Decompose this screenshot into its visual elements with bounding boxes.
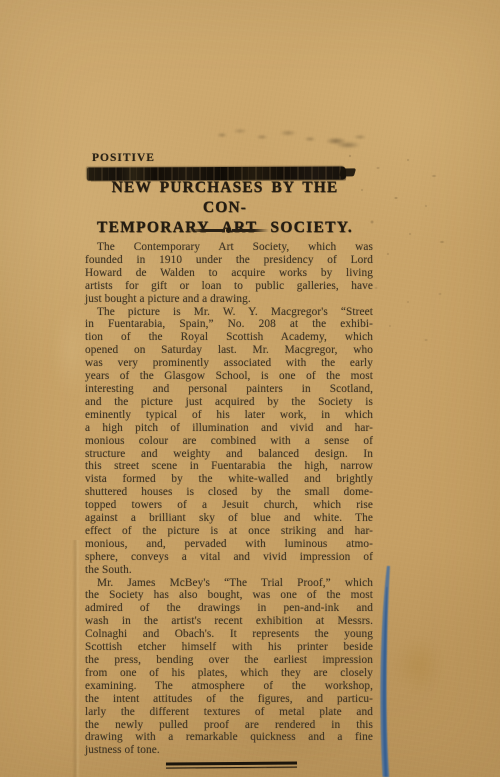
article-line: the newly pulled proof are rendered in t… — [85, 719, 373, 732]
article-line: from one of his plates, which they are c… — [85, 667, 373, 680]
ink-smudge — [210, 120, 388, 152]
article-line: structure and weighty and balanced desig… — [85, 448, 373, 461]
article-line: monious, and, pervaded with luminous atm… — [85, 538, 373, 551]
paper-stain — [388, 628, 450, 702]
article-line: in Fuentarabia, Spain,” No. 208 at the e… — [85, 318, 373, 331]
article-line: shuttered houses is closed by the small … — [85, 486, 373, 499]
article-line: admired of the drawings in pen-and-ink a… — [85, 602, 373, 615]
article-line: the intent attitudes of the figures, and… — [85, 693, 373, 706]
end-rule — [166, 762, 297, 768]
article-line: and the picture just acquired by the Soc… — [85, 396, 373, 409]
article-line: tion of the Royal Scottish Academy, whic… — [85, 331, 373, 344]
article-line: Scottish etcher himself with his printer… — [85, 641, 373, 654]
article-line: effect of the picture is at once strikin… — [85, 525, 373, 538]
paragraph: Mr. James McBey's “The Trial Proof,” whi… — [85, 577, 373, 758]
article-line: monious colour are combined with a sense… — [85, 435, 373, 448]
article-line: Mr. James McBey's “The Trial Proof,” whi… — [85, 577, 373, 590]
article-line: a high pitch of illumination and vivid a… — [85, 422, 373, 435]
article-line: drawing with a remarkable quickness and … — [85, 731, 373, 744]
article-line: examining. The atmosphere of the worksho… — [85, 680, 373, 693]
blue-pencil-mark — [377, 565, 395, 777]
article-line: just bought a picture and a drawing. — [85, 293, 373, 306]
paragraph: The picture is Mr. W. Y. Macgregor's “St… — [85, 306, 373, 577]
article-line: opened on Saturday last. Mr. Macgregor, … — [85, 344, 373, 357]
article-line: artists for gift or loan to public galle… — [85, 280, 373, 293]
article-line: founded in 1910 under the presidency of … — [85, 254, 373, 267]
article-line: larly the different textures of metal pl… — [85, 706, 373, 719]
article-line: topped towers of a Jesuit church, which … — [85, 499, 373, 512]
article-line: this street scene in Fuentarabia the hig… — [85, 460, 373, 473]
scrapbook-page: POSITIVE NEW PURCHASES BY THE CON- TEMPO… — [0, 0, 500, 777]
paragraph: The Contemporary Art Society, which was … — [85, 241, 373, 306]
article-line: years of the Glasgow School, is one of t… — [85, 370, 373, 383]
article-line: sphere, conveys a vital and vivid impres… — [85, 551, 373, 564]
article-line: eminently typical of his later work, in … — [85, 409, 373, 422]
divider-dot — [226, 228, 231, 233]
divider-rule — [187, 227, 269, 234]
article-line: vista formed by the white-walled and bri… — [85, 473, 373, 486]
article-line: Howard de Walden to acquire works by liv… — [85, 267, 373, 280]
article-line: the Society has also bought, was one of … — [85, 589, 373, 602]
ink-speckles — [360, 276, 470, 362]
article-line: against a brilliant sky of blue and whit… — [85, 512, 373, 525]
divider-line — [187, 229, 225, 231]
article-line: wash in the artist's recent exhibition a… — [85, 615, 373, 628]
headline-line-1: NEW PURCHASES BY THE CON- — [86, 178, 364, 218]
article-line: The picture is Mr. W. Y. Macgregor's “St… — [85, 306, 373, 319]
article-line: justness of tone. — [85, 744, 373, 757]
article-body: The Contemporary Art Society, which was … — [85, 241, 373, 757]
paper-crease — [72, 540, 80, 777]
article-line: the press, bending over the earliest imp… — [85, 654, 373, 667]
article-line: the South. — [85, 564, 373, 577]
clipping-label: POSITIVE — [92, 152, 155, 164]
article-line: Colnaghi and Obach's. It represents the … — [85, 628, 373, 641]
divider-line — [232, 229, 270, 231]
article-line: interesting and personal painters in Sco… — [85, 383, 373, 396]
article-line: was very prominently associated with the… — [85, 357, 373, 370]
article-line: The Contemporary Art Society, which was — [85, 241, 373, 254]
